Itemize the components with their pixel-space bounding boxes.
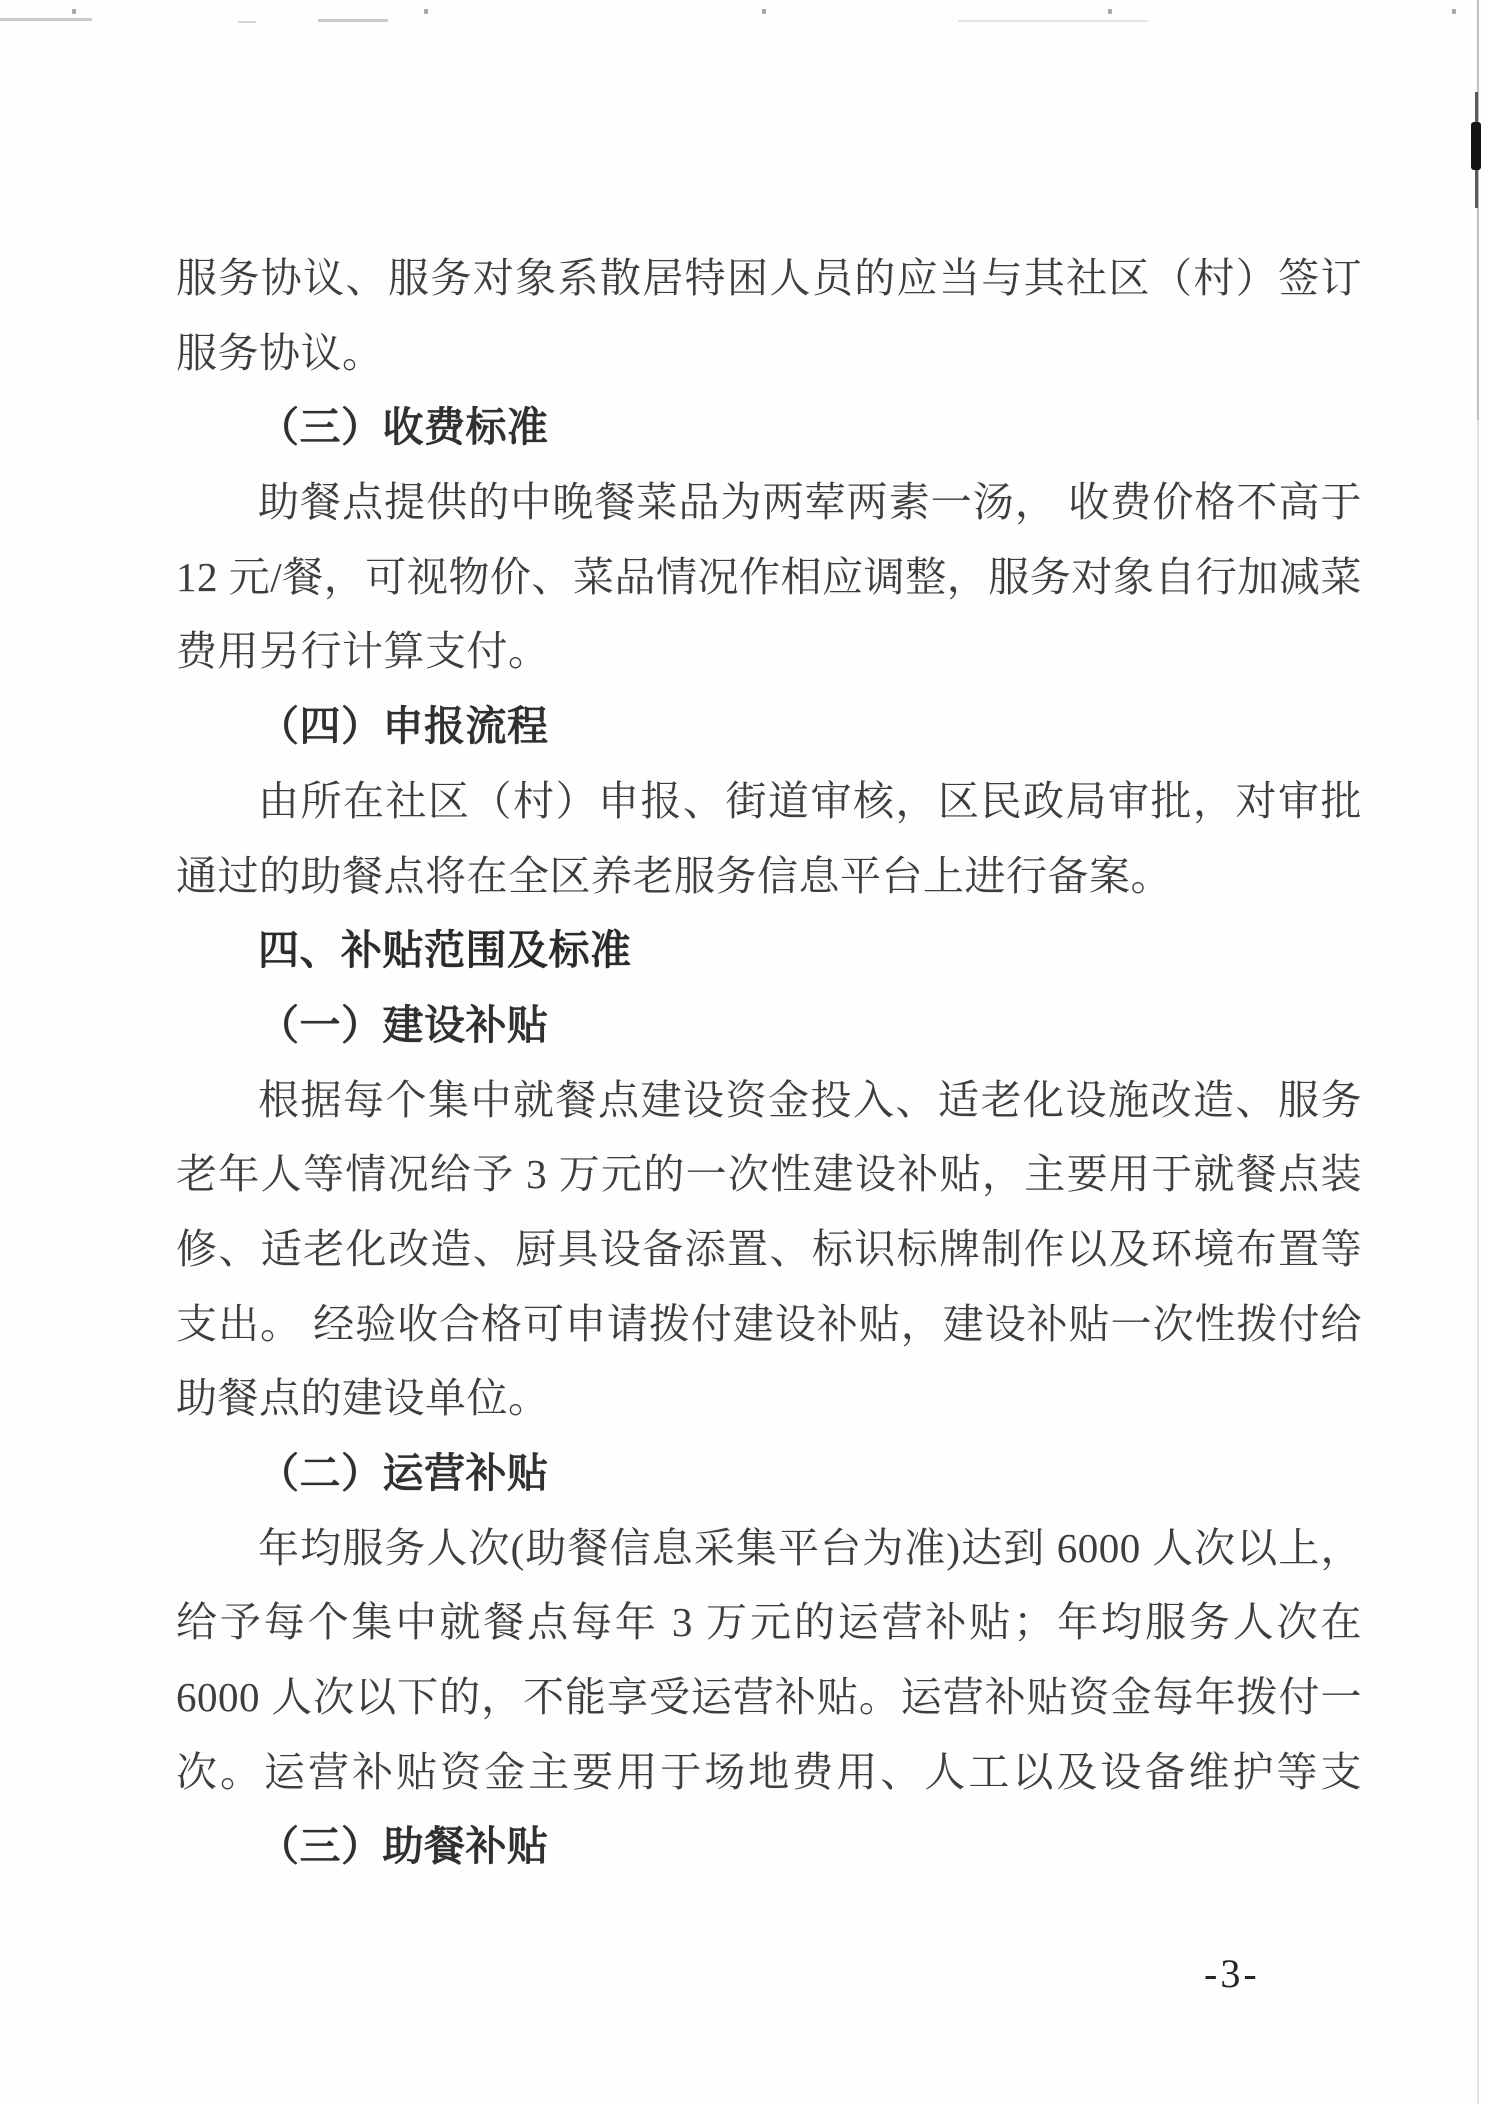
text-line: 6000 人次以下的，不能享受运营补贴。运营补贴资金每年拨付一 (176, 1660, 1362, 1735)
text-line: 服务协议、服务对象系散居特困人员的应当与其社区（村）签订 (176, 241, 1362, 316)
scan-artifact-streak (318, 19, 388, 22)
scan-artifact-mark (1471, 122, 1481, 170)
scan-artifact-streak (0, 18, 92, 21)
text-line: 老年人等情况给予 3 万元的一次性建设补贴，主要用于就餐点装 (176, 1137, 1362, 1212)
text-line: 修、适老化改造、厨具设备添置、标识标牌制作以及环境布置等 (176, 1212, 1362, 1287)
scan-artifact-dot (1108, 9, 1112, 14)
text-line: 支出。 经验收合格可申请拨付建设补贴，建设补贴一次性拨付给 (176, 1287, 1362, 1362)
text-line: 费用另行计算支付。 (176, 614, 1362, 689)
scan-artifact-dot (1452, 9, 1456, 14)
document-page: 服务协议、服务对象系散居特困人员的应当与其社区（村）签订服务协议。（三）收费标准… (0, 0, 1488, 2104)
text-line: 给予每个集中就餐点每年 3 万元的运营补贴；年均服务人次在 (176, 1585, 1362, 1660)
scan-artifact-streak (238, 21, 256, 23)
scan-artifact-streak (958, 20, 1148, 22)
text-line: 由所在社区（村）申报、街道审核，区民政局审批，对审批 (176, 764, 1362, 839)
document-body: 服务协议、服务对象系散居特困人员的应当与其社区（村）签订服务协议。（三）收费标准… (176, 241, 1362, 1884)
scan-artifact-dot (762, 9, 766, 14)
subsection-heading: （三）收费标准 (176, 390, 1362, 465)
text-line: 助餐点的建设单位。 (176, 1361, 1362, 1436)
text-line: 根据每个集中就餐点建设资金投入、适老化设施改造、服务 (176, 1063, 1362, 1138)
text-line: 服务协议。 (176, 316, 1362, 391)
scan-artifact-dot (424, 9, 428, 14)
text-line: 年均服务人次(助餐信息采集平台为准)达到 6000 人次以上， (176, 1511, 1362, 1586)
scan-artifact-dot (72, 9, 76, 14)
text-line: 12 元/餐，可视物价、菜品情况作相应调整，服务对象自行加减菜 (176, 540, 1362, 615)
paper-edge-line (1477, 0, 1479, 2104)
subsection-heading: （三）助餐补贴 (176, 1809, 1362, 1884)
page-number: -3- (1204, 1950, 1260, 1997)
text-line: 通过的助餐点将在全区养老服务信息平台上进行备案。 (176, 839, 1362, 914)
scan-artifact-mark (1475, 170, 1478, 208)
scan-artifact-mark (1475, 92, 1478, 122)
paper-edge-line (1477, 0, 1479, 420)
subsection-heading: （四）申报流程 (176, 689, 1362, 764)
subsection-heading: （一）建设补贴 (176, 988, 1362, 1063)
text-line: 助餐点提供的中晚餐菜品为两荤两素一汤， 收费价格不高于 (176, 465, 1362, 540)
subsection-heading: （二）运营补贴 (176, 1436, 1362, 1511)
section-heading: 四、补贴范围及标准 (176, 913, 1362, 988)
text-line: 次。运营补贴资金主要用于场地费用、人工以及设备维护等支出。 (176, 1735, 1362, 1810)
